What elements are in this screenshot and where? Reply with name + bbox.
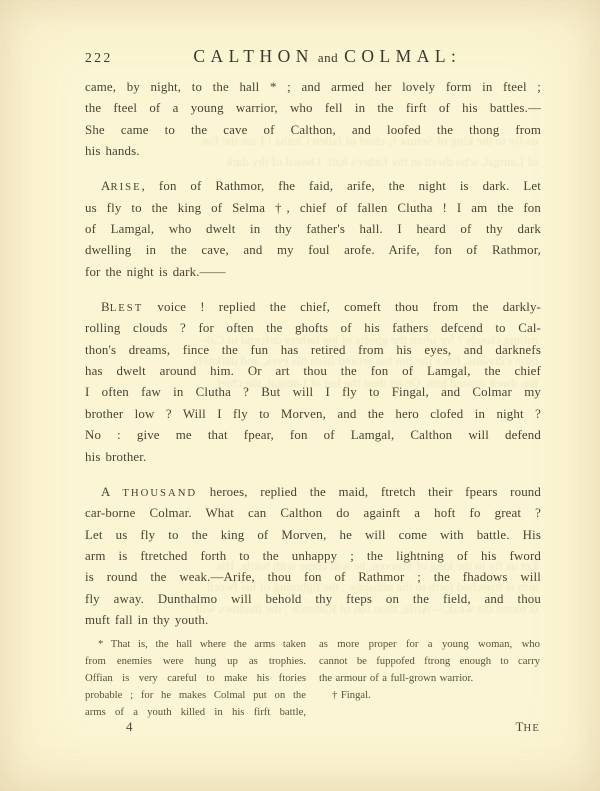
footnotes: * That is, the hall where the arms taken… [85, 636, 541, 720]
text-line: has dwelt around him. Or art thou the fo… [85, 361, 541, 382]
text-line: us fly to the king of Selma †, chief of … [85, 198, 541, 219]
line-text: heroes, replied the maid, ftretch their … [197, 485, 541, 499]
footnote-line: * That is, the hall where the arms taken [85, 636, 306, 653]
text-line: I often faw in Clutha ? But will I fly t… [85, 382, 541, 403]
title-word-and: and [318, 50, 338, 65]
text-line: No : give me that fpear, fon of Lamgal, … [85, 425, 541, 446]
body-text: came, by night, to the hall * ; and arme… [85, 77, 541, 631]
text-line: fly away. Dunthalmo will behold thy ftep… [85, 589, 541, 610]
book-page-scan: us fly to the king of Selma †, chief of … [0, 0, 600, 791]
paragraph-3: BLEST voice ! replied the chief, comeft … [85, 297, 541, 468]
text-line: muft fall in thy youth. [85, 610, 541, 631]
small-caps-opener: LEST [110, 302, 144, 314]
small-caps-opener: THOUSAND [122, 487, 197, 499]
footnote-column-left: * That is, the hall where the arms taken… [85, 636, 306, 720]
catchword: THE [516, 719, 540, 735]
text-line: car-borne Colmar. What can Calthon do ag… [85, 503, 541, 524]
line-text: voice ! replied the chief, comeft thou f… [143, 300, 541, 314]
footnote-line: arms of a youth killed in his firft batt… [85, 704, 306, 721]
drop-initial: A [101, 485, 122, 499]
footnote-line: probable ; for he makes Colmal put on th… [85, 687, 306, 704]
text-line: ARISE, fon of Rathmor, fhe faid, arife, … [85, 176, 541, 197]
text-line: is round the weak.—Arife, thou fon of Ra… [85, 567, 541, 588]
footnote-column-right: as more proper for a young woman, who ca… [319, 636, 540, 720]
text-line: his hands. [85, 141, 541, 162]
title-word-colmal: COLMAL: [344, 46, 461, 66]
page-title: CALTHON and COLMAL: [113, 46, 542, 67]
running-head: 222 CALTHON and COLMAL: [85, 46, 542, 67]
signature-mark: 4 [126, 719, 133, 735]
footnote-line: Offian is very careful to make his ftori… [85, 670, 306, 687]
text-line: rolling clouds ? for often the ghofts of… [85, 318, 541, 339]
footnote-line: as more proper for a young woman, who [319, 636, 540, 653]
footnote-line: from enemies were hung up as trophies. [85, 653, 306, 670]
paragraph-1: came, by night, to the hall * ; and arme… [85, 77, 541, 162]
text-line: dwelling in the cave, and my foul arofe.… [85, 240, 541, 261]
text-line: his brother. [85, 447, 541, 468]
text-line: BLEST voice ! replied the chief, comeft … [85, 297, 541, 318]
paragraph-2: ARISE, fon of Rathmor, fhe faid, arife, … [85, 176, 541, 283]
footnote-line: the armour of a full-grown warrior. [319, 670, 540, 687]
text-line: She came to the cave of Calthon, and loo… [85, 120, 541, 141]
catchword-small-caps: HE [523, 723, 540, 734]
page-foot: 4 THE [85, 719, 540, 735]
text-line: brother low ? Will I fly to Morven, and … [85, 404, 541, 425]
text-line: thon's dreams, fince the fun has retired… [85, 340, 541, 361]
title-word-calthon: CALTHON [193, 46, 314, 66]
text-line: of Lamgal, who dwelt in thy father's hal… [85, 219, 541, 240]
text-line: came, by night, to the hall * ; and arme… [85, 77, 541, 98]
footnote-line: cannot be fuppofed ftrong enough to carr… [319, 653, 540, 670]
drop-initial: B [101, 300, 110, 314]
line-text: , fon of Rathmor, fhe faid, arife, the n… [142, 179, 541, 193]
footnote-line: † Fingal. [319, 687, 540, 704]
paragraph-4: A THOUSAND heroes, replied the maid, ftr… [85, 482, 541, 631]
text-line: the fteel of a young warrior, who fell i… [85, 98, 541, 119]
text-line: arm is ftretched forth to the unhappy ; … [85, 546, 541, 567]
small-caps-opener: RISE [110, 181, 141, 193]
text-line: for the night is dark.—— [85, 262, 541, 283]
page-number: 222 [85, 50, 113, 66]
text-line: A THOUSAND heroes, replied the maid, ftr… [85, 482, 541, 503]
text-line: Let us fly to the king of Morven, he wil… [85, 525, 541, 546]
